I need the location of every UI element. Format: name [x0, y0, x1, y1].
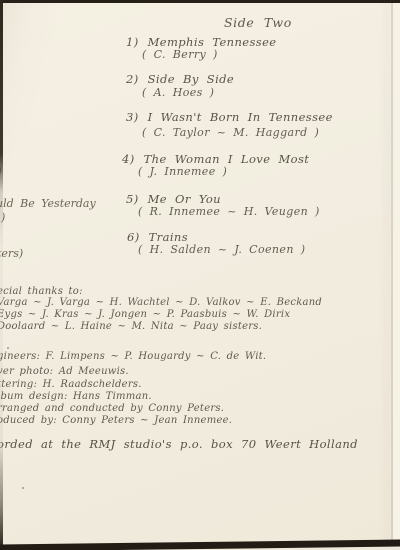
studio-line: orded at the RMJ studio's p.o. box 70 We…	[0, 438, 358, 451]
thanks-line: Doolaard ~ L. Haine ~ M. Nita ~ Paay sis…	[0, 321, 262, 332]
page-right-strip	[393, 3, 400, 544]
track-row: 4)The Woman I Love Most	[122, 153, 309, 166]
track-composer: ( C. Berry )	[142, 49, 218, 61]
paper-speck	[7, 347, 9, 349]
track-row: 6)Trains	[127, 231, 188, 244]
thanks-heading: ecial thanks to:	[0, 286, 83, 297]
track-number: 6)	[127, 230, 140, 244]
track-number: 1)	[126, 35, 139, 49]
track-number: 5)	[126, 192, 139, 206]
track-composer: ( C. Taylor ~ M. Haggard )	[142, 127, 319, 139]
page-title: Side Two	[224, 16, 292, 30]
credit-lettering: ttering: H. Raadschelders.	[0, 379, 142, 390]
track-title: Trains	[149, 230, 188, 244]
credit-arranger: rranged and conducted by Conny Peters.	[0, 403, 224, 414]
track-composer: ( A. Hoes )	[142, 87, 214, 99]
margin-fragment: ters)	[0, 248, 23, 260]
credit-engineers: gineers: F. Limpens ~ P. Hougardy ~ C. d…	[0, 351, 266, 362]
track-number: 4)	[122, 152, 135, 166]
track-row: 2)Side By Side	[126, 73, 234, 86]
track-title: The Woman I Love Most	[144, 152, 310, 166]
track-row: 1)Memphis Tennessee	[126, 36, 277, 49]
page-crease	[391, 0, 393, 544]
track-number: 3)	[126, 110, 139, 124]
margin-fragment: uld Be Yesterday	[0, 198, 96, 210]
scan-edge-left	[0, 0, 3, 550]
track-title: I Wasn't Born In Tennessee	[148, 110, 333, 124]
track-row: 5)Me Or You	[126, 193, 221, 206]
track-composer: ( H. Salden ~ J. Coenen )	[138, 244, 305, 256]
scanned-sleeve-page: Side Two 1)Memphis Tennessee ( C. Berry …	[0, 0, 400, 550]
track-title: Me Or You	[148, 192, 221, 206]
thanks-line: Eygs ~ J. Kras ~ J. Jongen ~ P. Paasbuis…	[0, 309, 290, 320]
scan-edge-top	[0, 0, 400, 3]
thanks-line: Varga ~ J. Varga ~ H. Wachtel ~ D. Valko…	[0, 297, 322, 308]
track-composer: ( J. Innemee )	[138, 166, 227, 178]
scan-edge-bottom	[0, 539, 400, 550]
credit-design: lbum design: Hans Timman.	[0, 391, 152, 402]
track-title: Memphis Tennessee	[148, 35, 277, 49]
track-number: 2)	[126, 72, 139, 86]
credit-photo: ver photo: Ad Meeuwis.	[0, 366, 129, 377]
track-row: 3)I Wasn't Born In Tennessee	[126, 111, 333, 124]
track-title: Side By Side	[148, 72, 235, 86]
paper-speck	[22, 487, 24, 489]
credit-producer: oduced by: Conny Peters ~ Jean Innemee.	[0, 415, 232, 426]
track-composer: ( R. Innemee ~ H. Veugen )	[138, 206, 320, 218]
